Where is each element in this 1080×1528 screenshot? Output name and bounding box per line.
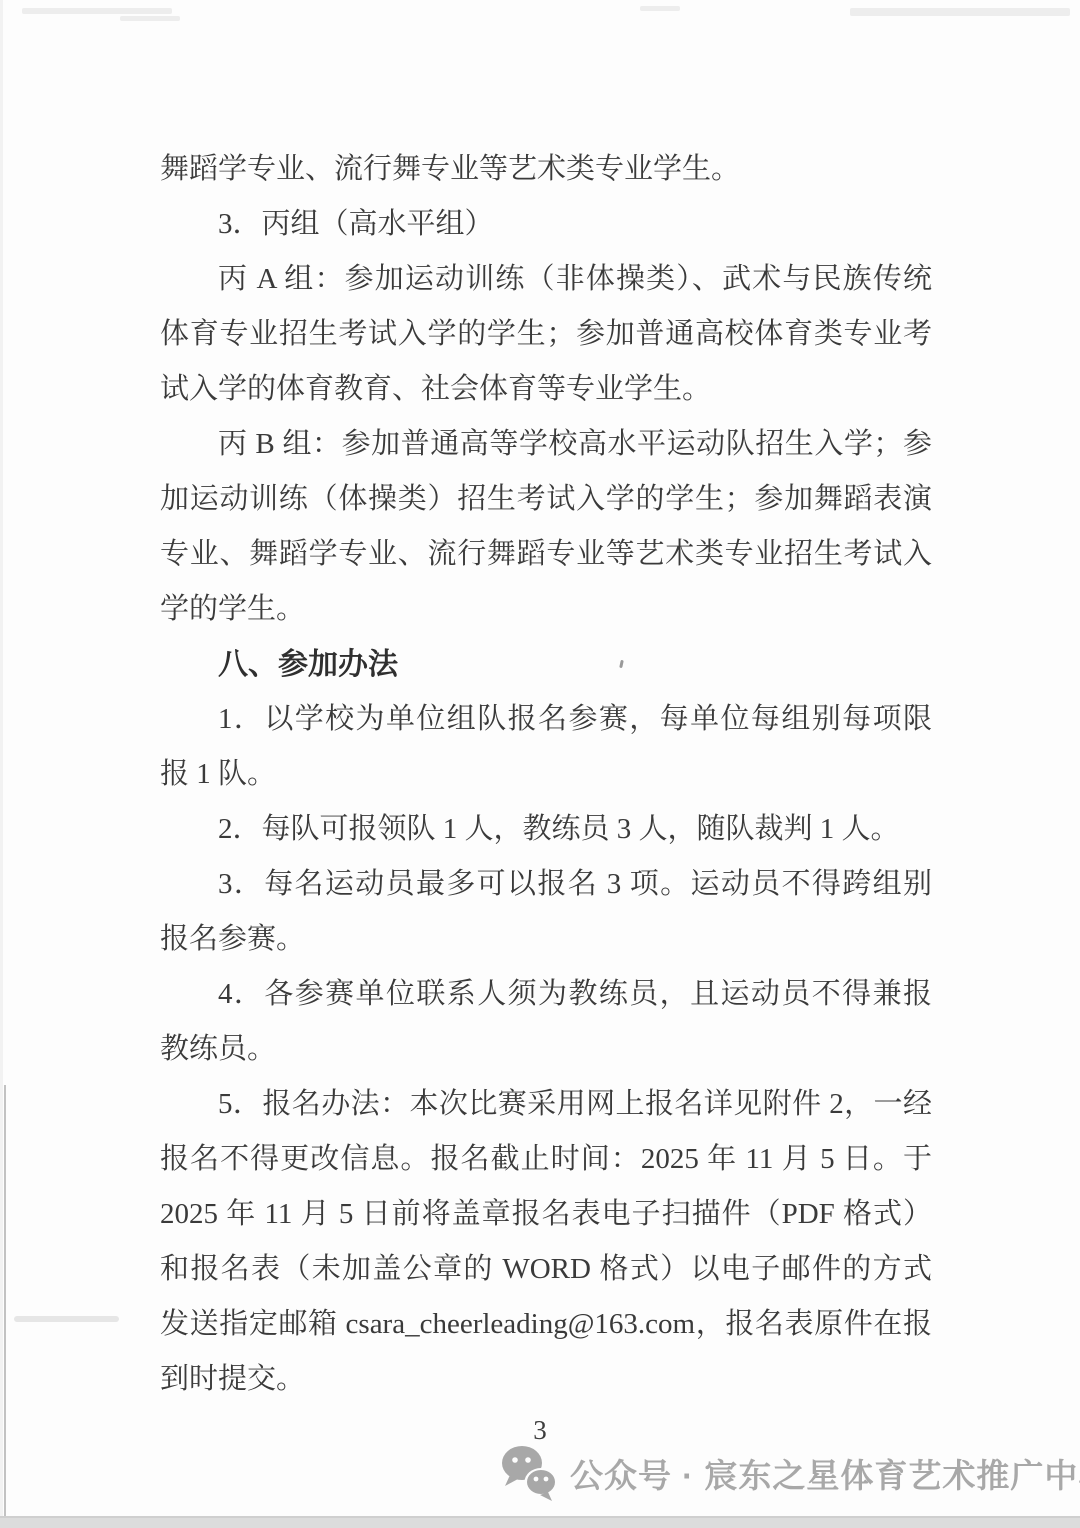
doc-line: 5．报名办法：本次比赛采用网上报名详见附件 2，一经 [160,1077,932,1132]
doc-line: 报名不得更改信息。报名截止时间：2025 年 11 月 5 日。于 [160,1132,932,1187]
section-heading: 八、参加办法 [160,637,932,692]
doc-line: 报名参赛。 [160,912,932,967]
doc-line: 加运动训练（体操类）招生考试入学的学生；参加舞蹈表演 [160,472,932,527]
doc-line: 4．各参赛单位联系人须为教练员，且运动员不得兼报 [160,967,932,1022]
scan-artifact [22,8,172,14]
doc-line: 丙 A 组：参加运动训练（非体操类）、武术与民族传统 [160,252,932,307]
doc-line: 专业、舞蹈学专业、流行舞蹈专业等艺术类专业招生考试入 [160,527,932,582]
doc-line: 到时提交。 [160,1352,932,1407]
doc-line: 舞蹈学专业、流行舞专业等艺术类专业学生。 [160,142,932,197]
document-lines: 舞蹈学专业、流行舞专业等艺术类专业学生。3．丙组（高水平组）丙 A 组：参加运动… [160,142,932,1407]
page-edge-line [4,1085,6,1528]
page-bottom-edge [0,1516,1080,1528]
watermark: 公众号 · 宸东之星体育艺术推广中心 [498,1438,1080,1508]
page-edge-shade [0,0,3,1528]
doc-line: 1．以学校为单位组队报名参赛，每单位每组别每项限 [160,692,932,747]
scan-smudge [14,1316,119,1322]
doc-line: 发送指定邮箱 csara_cheerleading@163.com，报名表原件在… [160,1297,932,1352]
doc-line: 和报名表（未加盖公章的 WORD 格式）以电子邮件的方式 [160,1242,932,1297]
wechat-icon [498,1441,562,1505]
doc-line: 2．每队可报领队 1 人，教练员 3 人，随队裁判 1 人。 [160,802,932,857]
document-page: 舞蹈学专业、流行舞专业等艺术类专业学生。3．丙组（高水平组）丙 A 组：参加运动… [0,0,1080,1528]
doc-line: 丙 B 组：参加普通高等学校高水平运动队招生入学；参 [160,417,932,472]
doc-line: 教练员。 [160,1022,932,1077]
doc-line: 3．丙组（高水平组） [160,197,932,252]
doc-line: 体育专业招生考试入学的学生；参加普通高校体育类专业考 [160,307,932,362]
doc-line: 2025 年 11 月 5 日前将盖章报名表电子扫描件（PDF 格式） [160,1187,932,1242]
doc-line: 学的学生。 [160,582,932,637]
doc-line: 报 1 队。 [160,747,932,802]
watermark-label: 公众号 · 宸东之星体育艺术推广中心 [570,1450,1080,1497]
scan-artifact [640,6,680,11]
doc-line: 3．每名运动员最多可以报名 3 项。运动员不得跨组别 [160,857,932,912]
doc-line: 试入学的体育教育、社会体育等专业学生。 [160,362,932,417]
scan-artifact [850,8,1070,16]
scan-artifact [120,16,180,21]
